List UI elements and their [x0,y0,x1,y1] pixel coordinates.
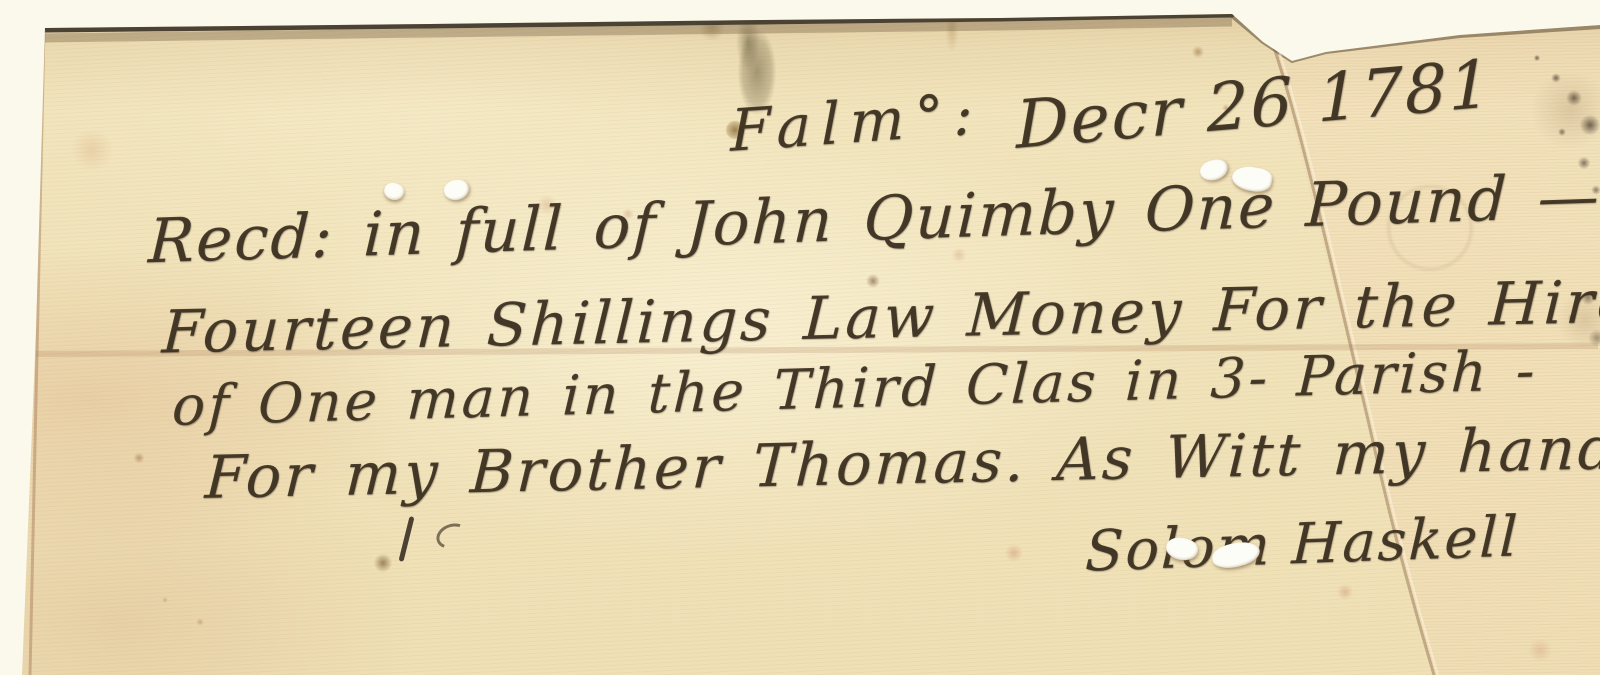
scan-background: Falm°: Decr 26 1781 Recd: in full of Joh… [0,0,1600,675]
paper: Falm°: Decr 26 1781 Recd: in full of Joh… [0,0,1600,675]
